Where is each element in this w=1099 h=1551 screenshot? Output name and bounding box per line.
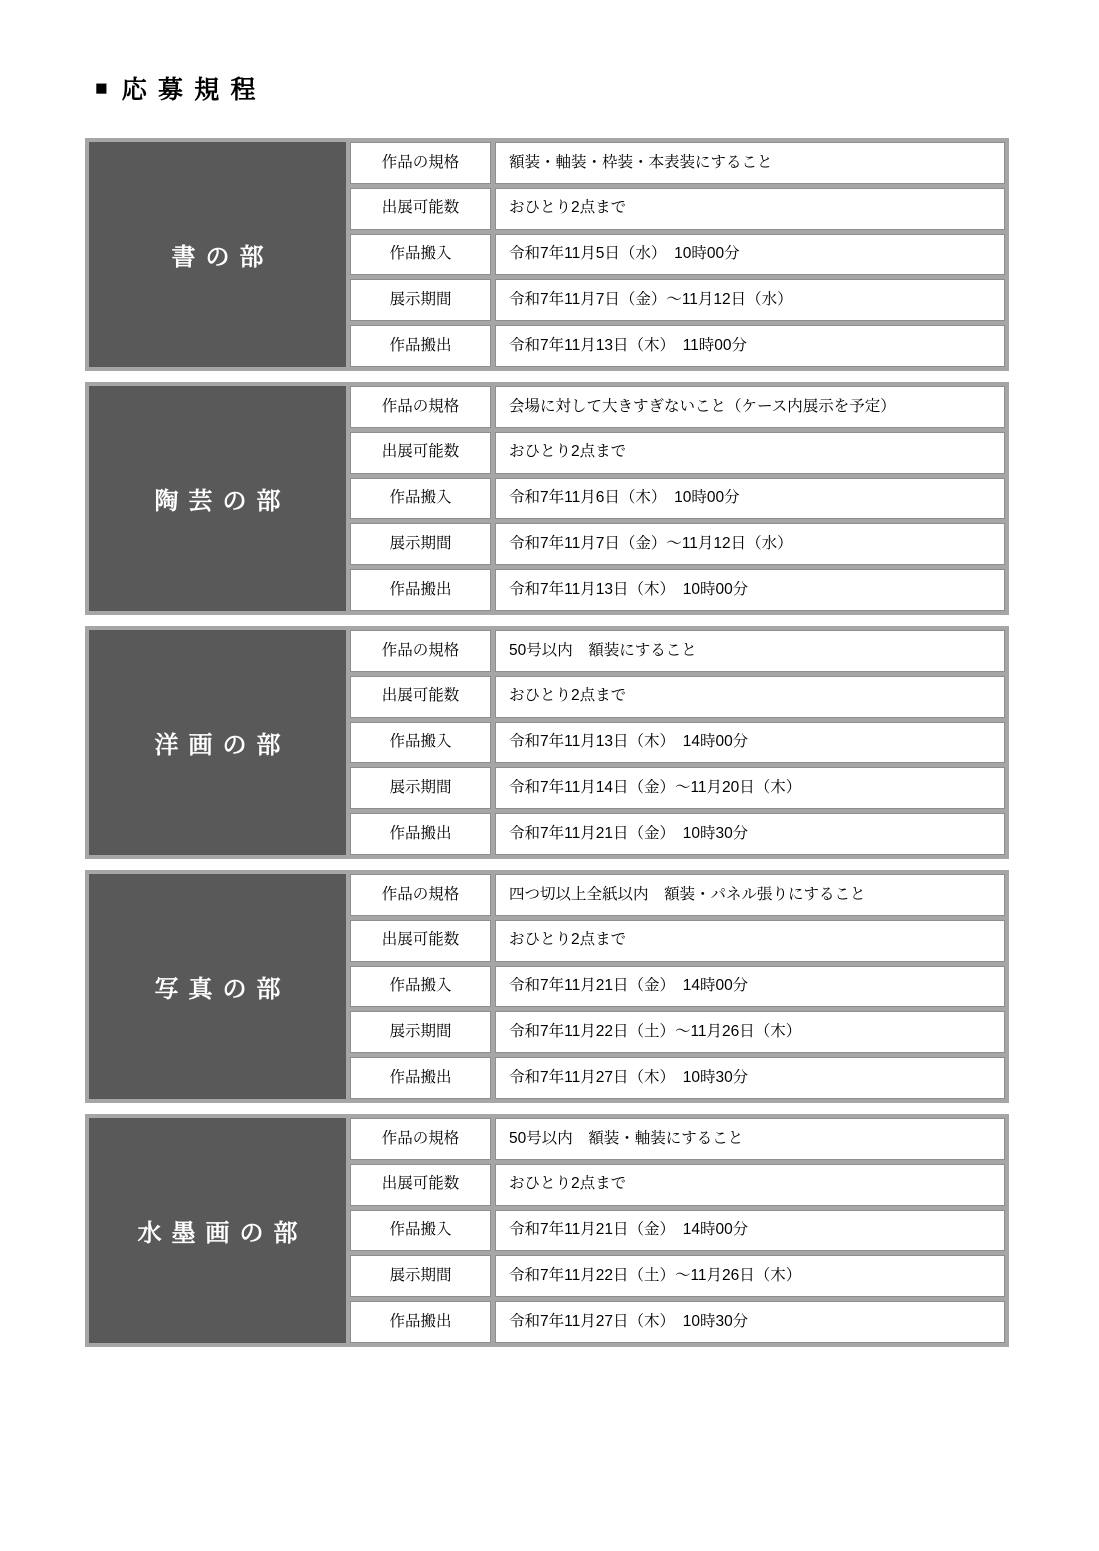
row-value: 会場に対して大きすぎないこと（ケース内展示を予定） — [495, 386, 1005, 428]
row-label: 作品搬出 — [350, 569, 491, 611]
section-header-cell: 陶芸の部 — [89, 386, 346, 611]
row-label: 作品搬入 — [350, 1210, 491, 1252]
row-label: 展示期間 — [350, 1255, 491, 1297]
section-name: 写真の部 — [155, 969, 291, 1004]
row-label: 作品の規格 — [350, 630, 491, 672]
section-name: 書の部 — [172, 237, 274, 272]
section-name: 洋画の部 — [155, 725, 291, 760]
row-value: おひとり2点まで — [495, 432, 1005, 474]
row-value: おひとり2点まで — [495, 1164, 1005, 1206]
row-value: 令和7年11月22日（土）～11月26日（木） — [495, 1255, 1005, 1297]
row-value: 令和7年11月21日（金） 14時00分 — [495, 1210, 1005, 1252]
row-label: 作品の規格 — [350, 386, 491, 428]
row-value: 令和7年11月6日（木） 10時00分 — [495, 478, 1005, 520]
row-value: 令和7年11月27日（木） 10時30分 — [495, 1057, 1005, 1099]
row-value: 令和7年11月22日（土）～11月26日（木） — [495, 1011, 1005, 1053]
row-label: 作品搬入 — [350, 722, 491, 764]
row-label: 作品の規格 — [350, 142, 491, 184]
row-label: 展示期間 — [350, 1011, 491, 1053]
section-header-cell: 水墨画の部 — [89, 1118, 346, 1343]
row-value: おひとり2点まで — [495, 188, 1005, 230]
page-title: ■ 応募規程 — [85, 70, 1010, 106]
row-value: 令和7年11月7日（金）～11月12日（水） — [495, 279, 1005, 321]
section-table-calligraphy: 書の部 作品の規格 額装・軸装・枠装・本表装にすること 出展可能数 おひとり2点… — [85, 138, 1009, 371]
row-value: 令和7年11月13日（木） 11時00分 — [495, 325, 1005, 367]
row-value: 四つ切以上全紙以内 額装・パネル張りにすること — [495, 874, 1005, 916]
section-name: 陶芸の部 — [155, 481, 291, 516]
row-value: 額装・軸装・枠装・本表装にすること — [495, 142, 1005, 184]
row-value: 令和7年11月5日（水） 10時00分 — [495, 234, 1005, 276]
section-header-cell: 洋画の部 — [89, 630, 346, 855]
row-value: おひとり2点まで — [495, 676, 1005, 718]
section-table-western-painting: 洋画の部 作品の規格 50号以内 額装にすること 出展可能数 おひとり2点まで … — [85, 626, 1009, 859]
page-title-text: 応募規程 — [122, 70, 267, 106]
row-value: 令和7年11月21日（金） 14時00分 — [495, 966, 1005, 1008]
section-name: 水墨画の部 — [138, 1213, 308, 1248]
row-label: 作品搬出 — [350, 1057, 491, 1099]
row-label: 作品の規格 — [350, 874, 491, 916]
row-label: 出展可能数 — [350, 1164, 491, 1206]
row-value: 令和7年11月14日（金）～11月20日（木） — [495, 767, 1005, 809]
section-header-cell: 書の部 — [89, 142, 346, 367]
row-label: 作品搬出 — [350, 325, 491, 367]
row-value: おひとり2点まで — [495, 920, 1005, 962]
section-header-cell: 写真の部 — [89, 874, 346, 1099]
row-value: 令和7年11月13日（木） 14時00分 — [495, 722, 1005, 764]
row-label: 展示期間 — [350, 279, 491, 321]
row-value: 令和7年11月13日（木） 10時00分 — [495, 569, 1005, 611]
row-label: 作品搬入 — [350, 966, 491, 1008]
row-value: 令和7年11月7日（金）～11月12日（水） — [495, 523, 1005, 565]
row-label: 出展可能数 — [350, 920, 491, 962]
row-label: 展示期間 — [350, 523, 491, 565]
row-label: 作品の規格 — [350, 1118, 491, 1160]
row-label: 作品搬入 — [350, 478, 491, 520]
row-value: 令和7年11月21日（金） 10時30分 — [495, 813, 1005, 855]
row-value: 令和7年11月27日（木） 10時30分 — [495, 1301, 1005, 1343]
section-table-ceramics: 陶芸の部 作品の規格 会場に対して大きすぎないこと（ケース内展示を予定） 出展可… — [85, 382, 1009, 615]
section-table-photography: 写真の部 作品の規格 四つ切以上全紙以内 額装・パネル張りにすること 出展可能数… — [85, 870, 1009, 1103]
row-label: 出展可能数 — [350, 676, 491, 718]
row-label: 作品搬出 — [350, 1301, 491, 1343]
row-label: 出展可能数 — [350, 432, 491, 474]
section-table-ink-painting: 水墨画の部 作品の規格 50号以内 額装・軸装にすること 出展可能数 おひとり2… — [85, 1114, 1009, 1347]
row-label: 作品搬入 — [350, 234, 491, 276]
row-value: 50号以内 額装にすること — [495, 630, 1005, 672]
square-bullet-icon: ■ — [95, 78, 108, 99]
row-label: 展示期間 — [350, 767, 491, 809]
row-label: 作品搬出 — [350, 813, 491, 855]
row-value: 50号以内 額装・軸装にすること — [495, 1118, 1005, 1160]
document-page: ■ 応募規程 書の部 作品の規格 額装・軸装・枠装・本表装にすること 出展可能数… — [0, 0, 1010, 1347]
row-label: 出展可能数 — [350, 188, 491, 230]
